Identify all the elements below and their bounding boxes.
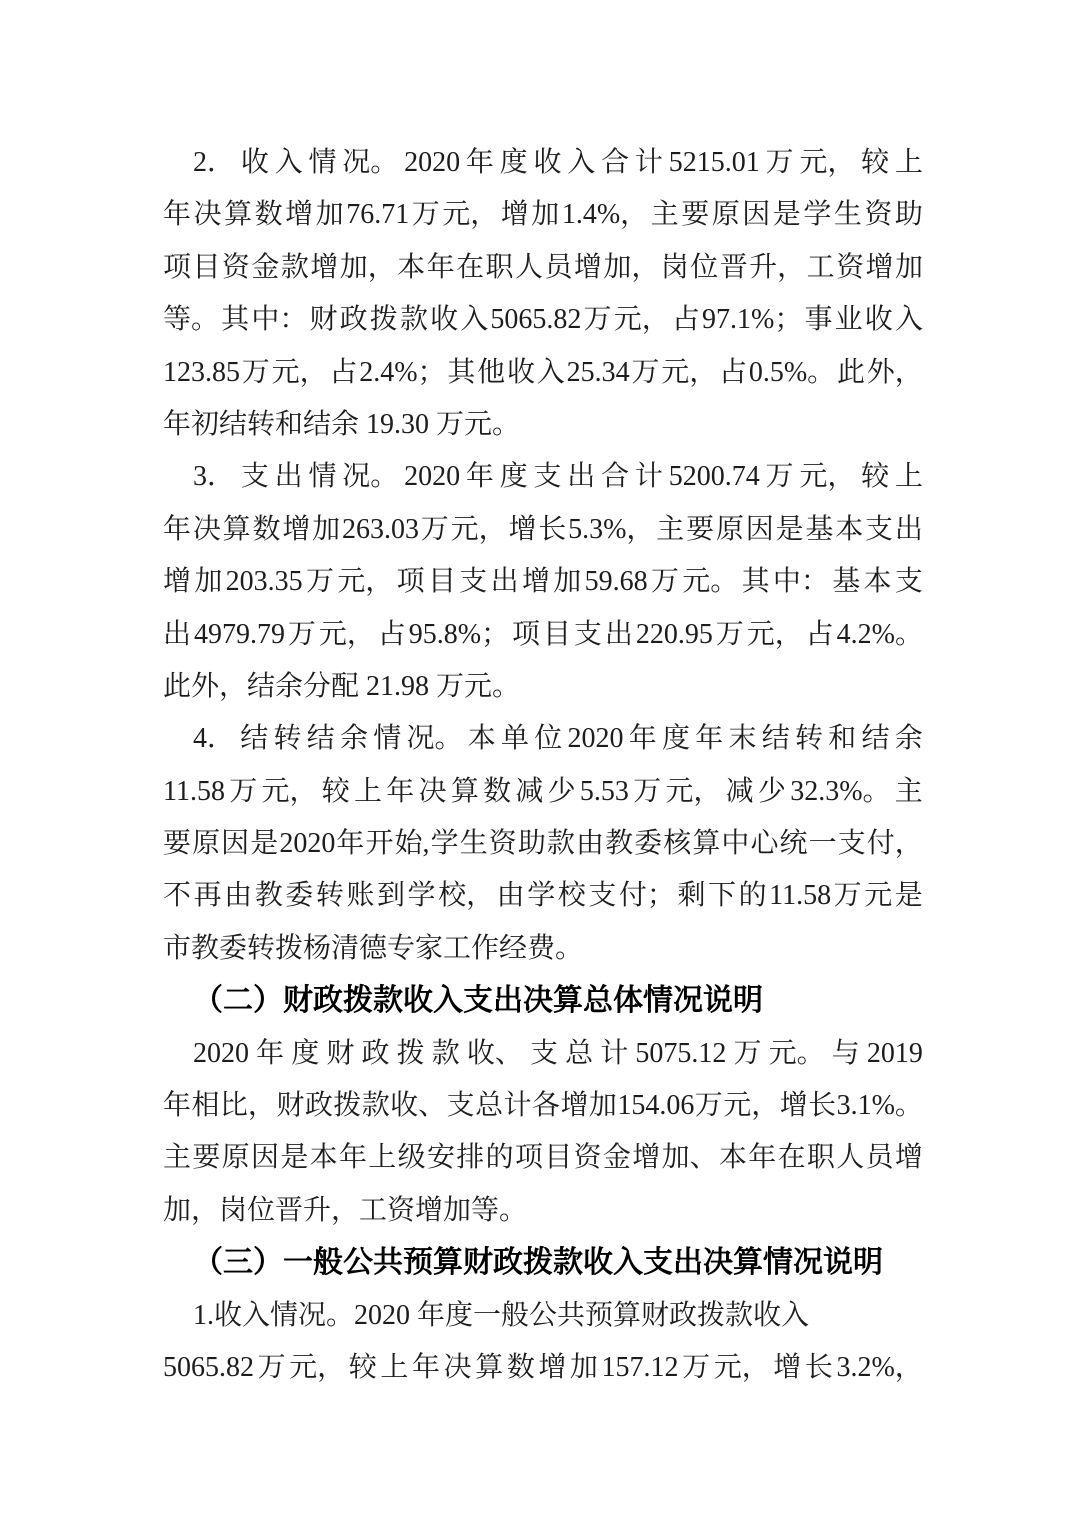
text-line: 5065.82万元，较上年决算数增加157.12万元，增长3.2%， bbox=[163, 1342, 923, 1394]
section-heading: （三）一般公共预算财政拨款收入支出决算情况说明 bbox=[163, 1237, 923, 1289]
text-line: 增加203.35万元，项目支出增加59.68万元。其中：基本支 bbox=[163, 556, 923, 608]
text-line: 此外，结余分配 21.98 万元。 bbox=[163, 661, 923, 713]
text-line: 项目资金款增加，本年在职人员增加，岗位晋升，工资增加 bbox=[163, 242, 923, 294]
text-line: 加，岗位晋升，工资增加等。 bbox=[163, 1185, 923, 1237]
text-line: 3．支出情况。2020年度支出合计5200.74万元，较上 bbox=[163, 451, 923, 503]
text-line: 年相比，财政拨款收、支总计各增加154.06万元，增长3.1%。 bbox=[163, 1080, 923, 1132]
text-line: 4．结转结余情况。本单位2020年度年末结转和结余 bbox=[163, 713, 923, 765]
section-heading: （二）财政拨款收入支出决算总体情况说明 bbox=[163, 975, 923, 1027]
text-line: 2020年度财政拨款收、支总计5075.12万元。与2019 bbox=[163, 1028, 923, 1080]
text-line: 等。其中：财政拨款收入5065.82万元，占97.1%；事业收入 bbox=[163, 294, 923, 346]
text-line: 要原因是2020年开始,学生资助款由教委核算中心统一支付， bbox=[163, 818, 923, 870]
text-line: 2．收入情况。2020年度收入合计5215.01万元，较上 bbox=[163, 137, 923, 189]
text-line: 11.58万元，较上年决算数减少5.53万元，减少32.3%。主 bbox=[163, 766, 923, 818]
text-line: 1.收入情况。2020 年度一般公共预算财政拨款收入 bbox=[163, 1290, 923, 1342]
text-line: 主要原因是本年上级安排的项目资金增加、本年在职人员增 bbox=[163, 1132, 923, 1184]
text-line: 年决算数增加76.71万元，增加1.4%，主要原因是学生资助 bbox=[163, 189, 923, 241]
text-line: 不再由教委转账到学校，由学校支付；剩下的11.58万元是 bbox=[163, 870, 923, 922]
text-line: 年初结转和结余 19.30 万元。 bbox=[163, 399, 923, 451]
text-line: 出4979.79万元，占95.8%；项目支出220.95万元，占4.2%。 bbox=[163, 609, 923, 661]
document-page: 2．收入情况。2020年度收入合计5215.01万元，较上 年决算数增加76.7… bbox=[163, 137, 923, 1394]
text-line: 年决算数增加263.03万元，增长5.3%，主要原因是基本支出 bbox=[163, 504, 923, 556]
text-line: 123.85万元，占2.4%；其他收入25.34万元，占0.5%。此外， bbox=[163, 347, 923, 399]
text-line: 市教委转拨杨清德专家工作经费。 bbox=[163, 923, 923, 975]
